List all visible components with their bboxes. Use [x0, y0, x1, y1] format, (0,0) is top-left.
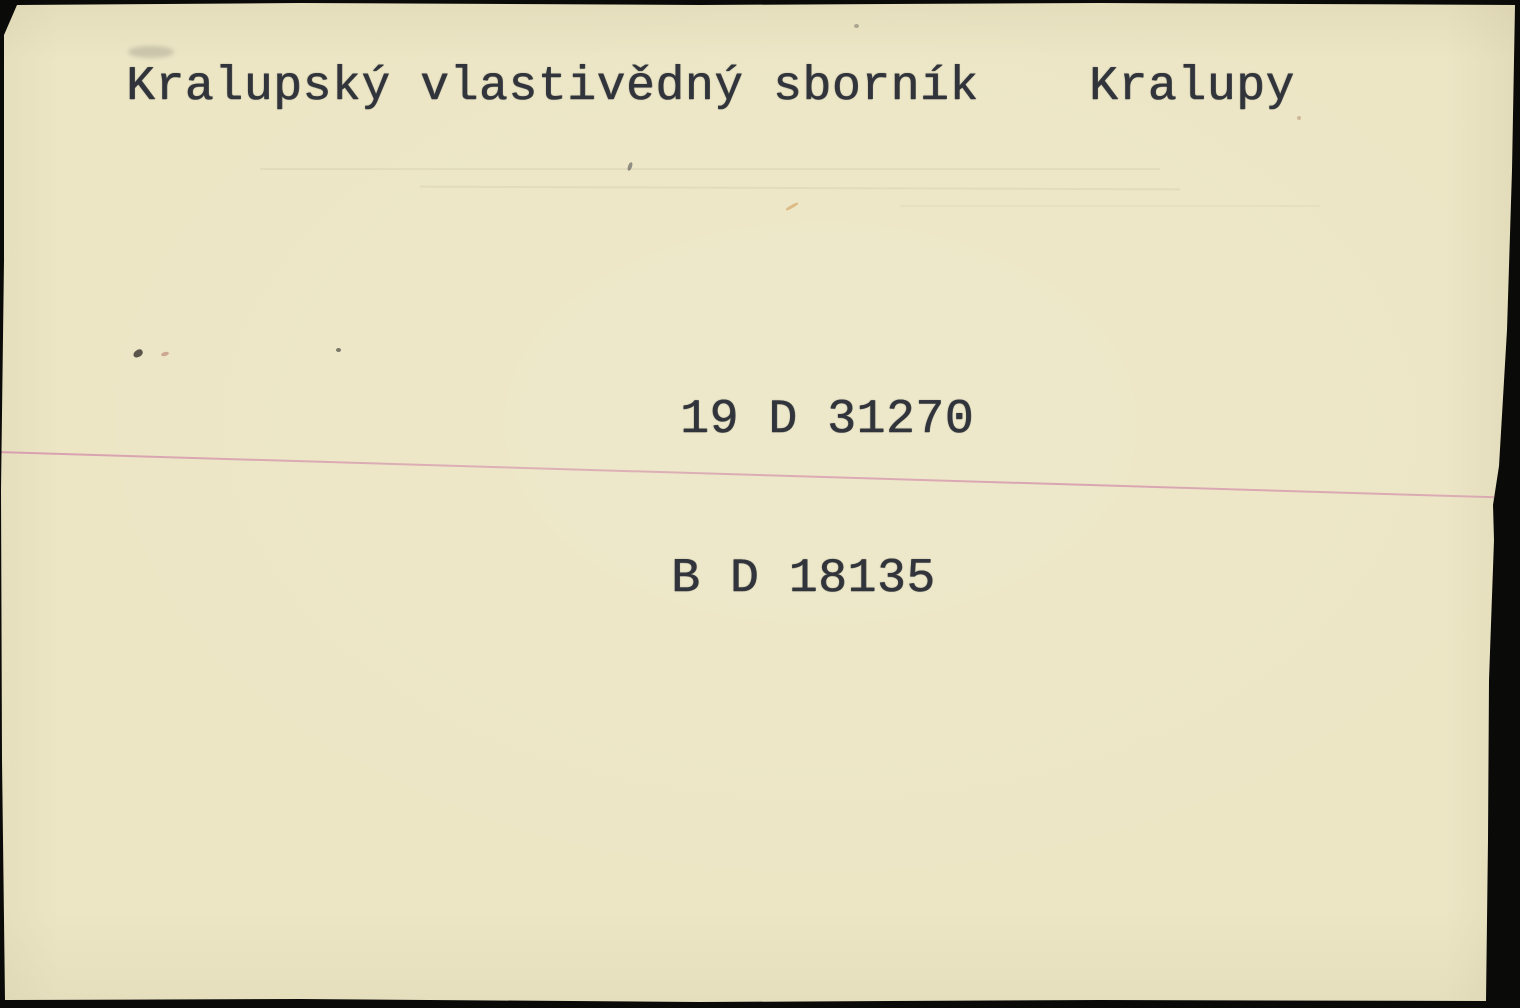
paper-impression: [900, 205, 1320, 207]
paper-speck: [854, 24, 859, 28]
paper-impression: [260, 168, 1160, 170]
catalog-card: Kralupský vlastivědný sborník Kralupy 19…: [0, 0, 1520, 1008]
card-location: Kralupy: [1089, 60, 1295, 114]
call-number-line: B D 18135: [671, 553, 974, 606]
paper-speck: [161, 351, 170, 357]
paper-speck: [1297, 116, 1301, 120]
call-number-line: 19 D 31270: [671, 394, 974, 447]
paper-smudge: [128, 46, 174, 58]
scanner-background: Kralupský vlastivědný sborník Kralupy 19…: [0, 0, 1520, 1008]
call-numbers-block: 19 D 31270 B D 18135: [671, 288, 974, 712]
paper-fiber: [785, 202, 799, 212]
paper-impression: [420, 186, 1180, 191]
paper-speck: [132, 348, 144, 359]
paper-speck: [336, 348, 341, 352]
card-title: Kralupský vlastivědný sborník: [126, 60, 979, 114]
